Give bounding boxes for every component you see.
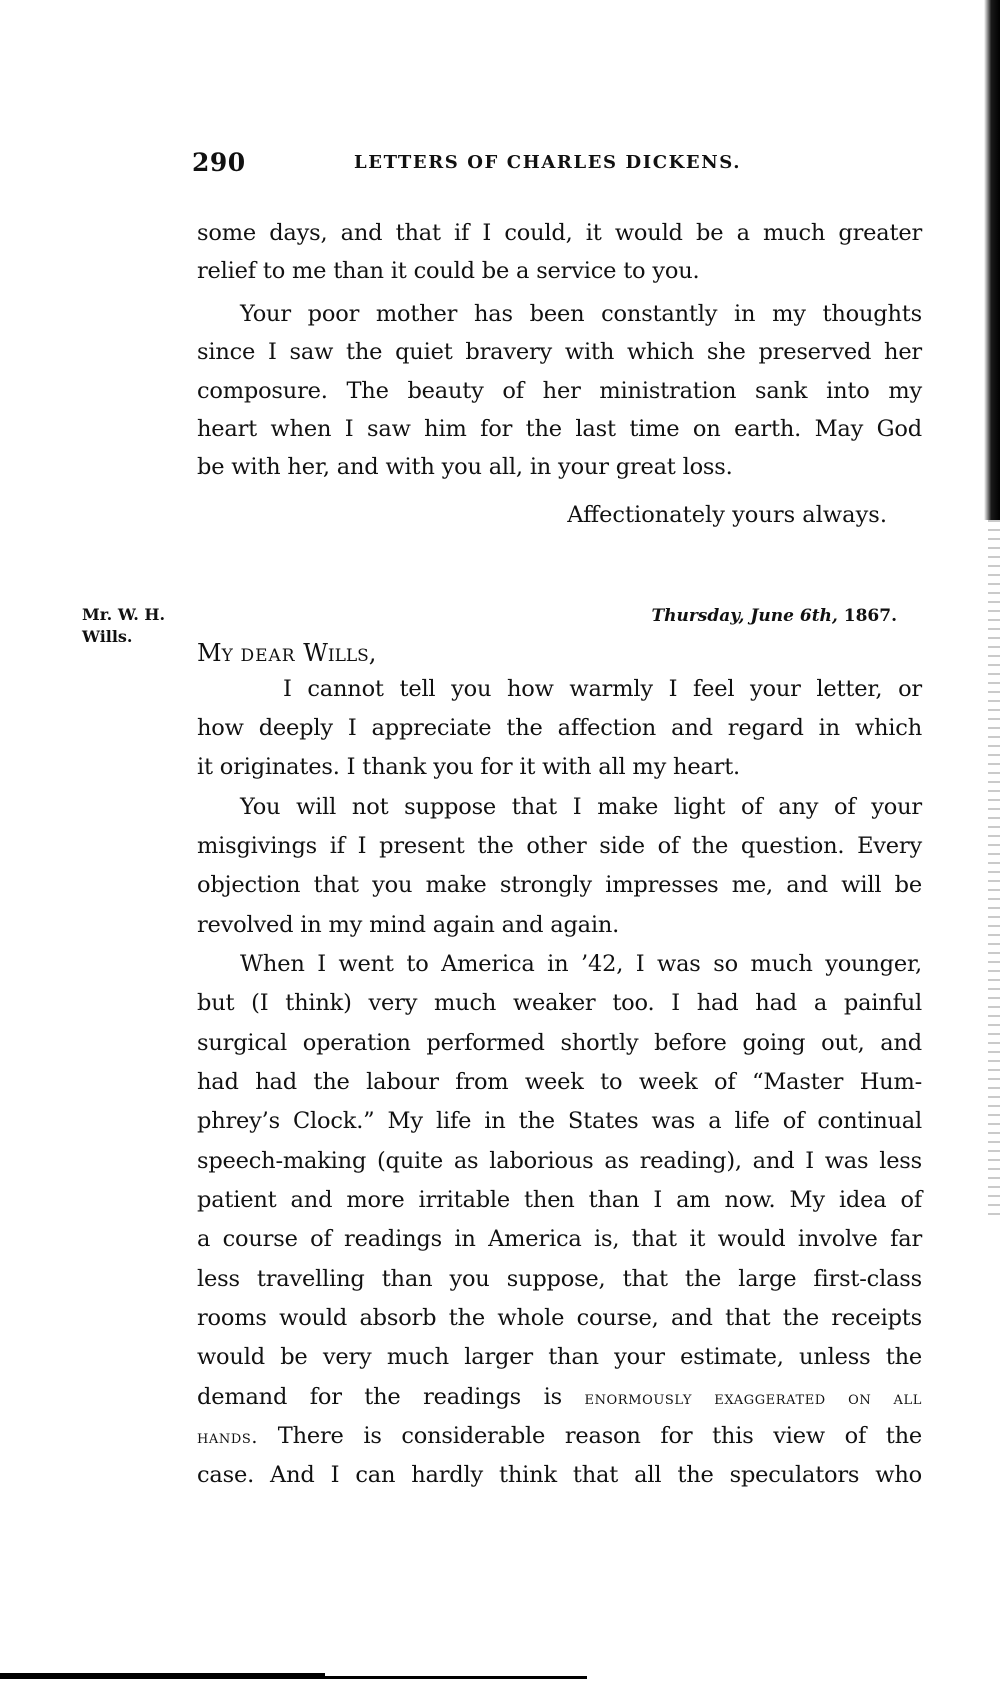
running-header: 290 LETTERS OF CHARLES DICKENS. xyxy=(192,148,932,178)
text-line: heart when I saw him for the last time o… xyxy=(197,414,922,444)
text-span: There is considerable reason for this vi… xyxy=(278,1423,922,1449)
text-line: had had the labour from week to week of … xyxy=(197,1067,922,1097)
date-year: 1867. xyxy=(844,606,897,626)
text-line: some days, and that if I could, it would… xyxy=(197,218,922,248)
signoff: Affectionately yours always. xyxy=(567,500,887,530)
text-line: since I saw the quiet bravery with which… xyxy=(197,337,922,367)
text-line: hands. There is considerable reason for … xyxy=(197,1421,922,1451)
text-line: would be very much larger than your esti… xyxy=(197,1342,922,1372)
text-line: case. And I can hardly think that all th… xyxy=(197,1460,922,1490)
text-line: You will not suppose that I make light o… xyxy=(240,792,922,822)
page-number: 290 xyxy=(192,148,246,177)
letter-date: Thursday, June 6th, 1867. xyxy=(651,606,897,626)
text-line: be with her, and with you all, in your g… xyxy=(197,452,922,482)
text-line: Your poor mother has been constantly in … xyxy=(240,299,922,329)
text-line: demand for the readings is enormously ex… xyxy=(197,1382,922,1412)
bottom-scan-rule-thin xyxy=(325,1676,587,1679)
margin-note-recipient-2: Wills. xyxy=(82,626,133,648)
margin-note-recipient: Mr. W. H. xyxy=(82,604,165,626)
page-edge-speckle xyxy=(988,520,1000,1220)
text-line: a course of readings in America is, that… xyxy=(197,1224,922,1254)
page-edge-shadow xyxy=(984,0,1000,520)
text-line: relief to me than it could be a service … xyxy=(197,256,922,286)
salutation: My dear Wills, xyxy=(197,638,376,671)
text-line: When I went to America in ’42, I was so … xyxy=(240,949,922,979)
running-title: LETTERS OF CHARLES DICKENS. xyxy=(354,152,741,173)
text-line: it originates. I thank you for it with a… xyxy=(197,752,922,782)
small-caps-span: hands. xyxy=(197,1426,258,1448)
text-line: patient and more irritable then than I a… xyxy=(197,1185,922,1215)
text-line: objection that you make strongly impress… xyxy=(197,870,922,900)
small-caps-span: enormously exaggerated on all xyxy=(584,1387,922,1409)
salutation-name: Wills, xyxy=(303,639,376,667)
book-page: 290 LETTERS OF CHARLES DICKENS. some day… xyxy=(0,0,1000,1683)
text-line: I cannot tell you how warmly I feel your… xyxy=(283,674,922,704)
text-line: revolved in my mind again and again. xyxy=(197,910,922,940)
salutation-dear: dear xyxy=(240,646,295,666)
text-line: composure. The beauty of her ministratio… xyxy=(197,376,922,406)
text-line: surgical operation performed shortly bef… xyxy=(197,1028,922,1058)
text-line: rooms would absorb the whole course, and… xyxy=(197,1303,922,1333)
date-text: Thursday, June 6th, xyxy=(651,606,837,626)
text-line: but (I think) very much weaker too. I ha… xyxy=(197,988,922,1018)
text-line: phrey’s Clock.” My life in the States wa… xyxy=(197,1106,922,1136)
text-line: how deeply I appreciate the affection an… xyxy=(197,713,922,743)
text-line: speech-making (quite as laborious as rea… xyxy=(197,1146,922,1176)
text-line: less travelling than you suppose, that t… xyxy=(197,1264,922,1294)
text-line: misgivings if I present the other side o… xyxy=(197,831,922,861)
bottom-scan-rule xyxy=(0,1673,325,1679)
text-span: demand for the readings is xyxy=(197,1384,562,1410)
salutation-my: My xyxy=(197,639,233,667)
